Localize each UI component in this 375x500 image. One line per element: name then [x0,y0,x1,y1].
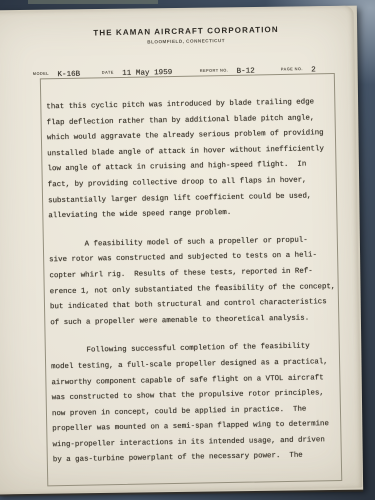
page-number-label: PAGE NO. [281,66,303,71]
paper-page: THE KAMAN AIRCRAFT CORPORATION BLOOMFIEL… [0,6,362,495]
body-paragraph-3: Following successful completion of the f… [51,339,341,469]
report-number-label: REPORT NO. [200,67,228,73]
background-highlight [28,0,158,4]
body-paragraph-2: A feasibility model of such a propeller … [49,233,339,332]
photo-scene: THE KAMAN AIRCRAFT CORPORATION BLOOMFIEL… [0,0,375,500]
content-border-box: that this cyclic pitch was introduced by… [40,73,342,486]
body-paragraph-1: that this cyclic pitch was introduced by… [46,95,336,225]
body-text: that this cyclic pitch was introduced by… [41,74,341,469]
date-label: DATE [102,70,114,75]
model-label: MODEL [33,71,49,76]
